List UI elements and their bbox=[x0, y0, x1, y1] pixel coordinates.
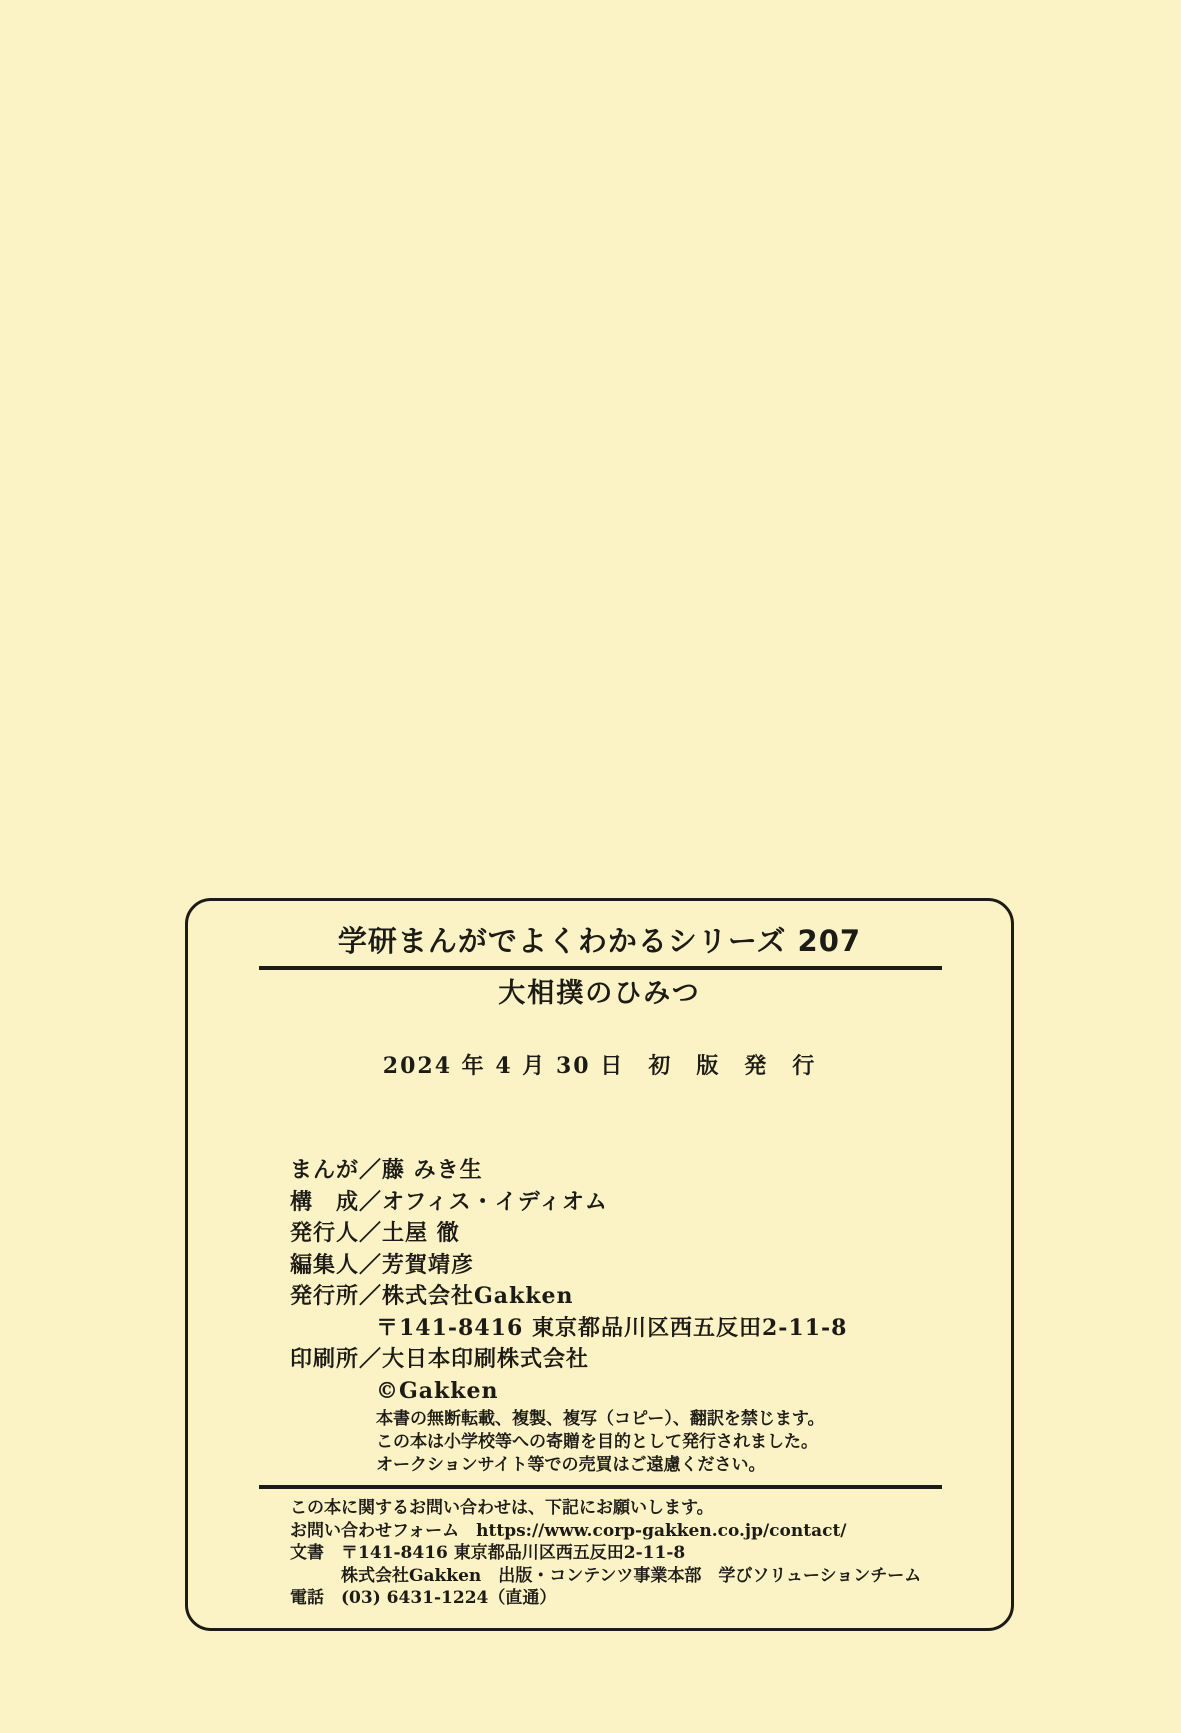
notice-line-no-resale: オークションサイト等での売買はご遠慮ください。 bbox=[376, 1454, 981, 1477]
contact-block: この本に関するお問い合わせは、下記にお願いします。 お問い合わせフォーム htt… bbox=[290, 1497, 981, 1610]
publisher-address-line: 〒141-8416 東京都品川区西五反田2-11-8 bbox=[290, 1313, 971, 1345]
series-title: 学研まんがでよくわかるシリーズ 207 bbox=[188, 923, 1011, 959]
credit-line-editor: 編集人／芳賀靖彦 bbox=[290, 1250, 971, 1282]
notice-block: 本書の無断転載、複製、複写（コピー）、翻訳を禁じます。 この本は小学校等への寄贈… bbox=[376, 1408, 981, 1477]
credit-line-composition: 構 成／オフィス・イディオム bbox=[290, 1187, 971, 1219]
page-background: 学研まんがでよくわかるシリーズ 207 大相撲のひみつ 2024 年 4 月 3… bbox=[0, 0, 1181, 1733]
credit-line-publishing-company: 発行所／株式会社Gakken bbox=[290, 1281, 971, 1313]
copyright-line: ©Gakken bbox=[290, 1376, 971, 1408]
notice-line-donation-purpose: この本は小学校等への寄贈を目的として発行されました。 bbox=[376, 1431, 981, 1454]
book-title: 大相撲のひみつ bbox=[188, 977, 1011, 1011]
colophon-box: 学研まんがでよくわかるシリーズ 207 大相撲のひみつ 2024 年 4 月 3… bbox=[185, 898, 1014, 1631]
credit-line-manga: まんが／藤 みき生 bbox=[290, 1155, 971, 1187]
series-divider bbox=[259, 966, 942, 970]
credits-block: まんが／藤 みき生 構 成／オフィス・イディオム 発行人／土屋 徹 編集人／芳賀… bbox=[290, 1155, 971, 1407]
credit-line-printer: 印刷所／大日本印刷株式会社 bbox=[290, 1344, 971, 1376]
notice-line-no-reproduction: 本書の無断転載、複製、複写（コピー）、翻訳を禁じます。 bbox=[376, 1408, 981, 1431]
contact-form-url-line: お問い合わせフォーム https://www.corp-gakken.co.jp… bbox=[290, 1520, 981, 1543]
edition-date: 2024 年 4 月 30 日 初 版 発 行 bbox=[188, 1051, 1011, 1081]
contact-heading: この本に関するお問い合わせは、下記にお願いします。 bbox=[290, 1497, 981, 1520]
contact-divider bbox=[259, 1485, 942, 1489]
contact-phone-line: 電話 (03) 6431-1224（直通） bbox=[290, 1587, 981, 1610]
contact-mail-address-line: 文書 〒141-8416 東京都品川区西五反田2-11-8 bbox=[290, 1542, 981, 1565]
contact-department-line: 株式会社Gakken 出版・コンテンツ事業本部 学びソリューションチーム bbox=[290, 1565, 981, 1588]
credit-line-publisher-person: 発行人／土屋 徹 bbox=[290, 1218, 971, 1250]
